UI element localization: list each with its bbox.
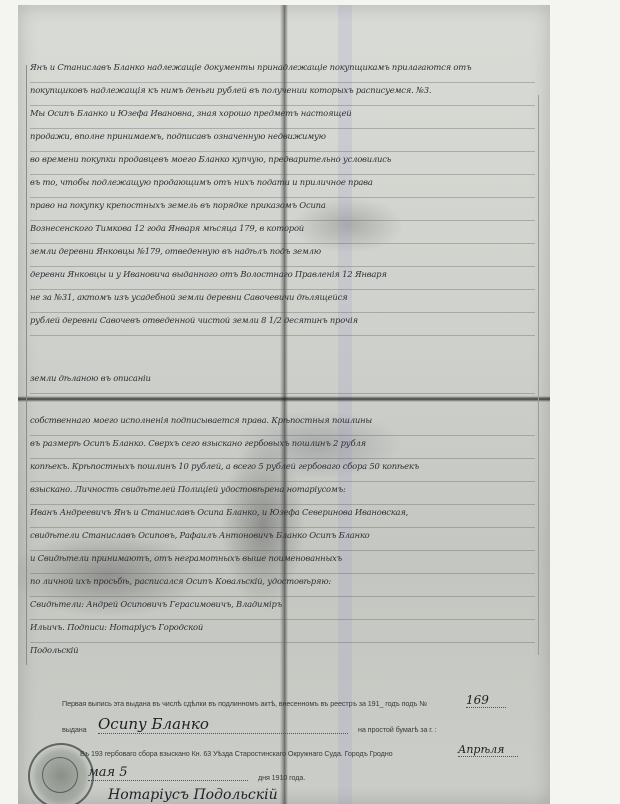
handwritten-line: Ильичъ. Подписи: Нотаріусъ Городской	[30, 622, 535, 643]
certification-line-1: Первая выпись эта выдана въ числѣ сдѣлки…	[62, 699, 427, 708]
document-page: Янъ и Станиславъ Бланко надлежащіе докум…	[18, 5, 550, 804]
handwritten-line: въ то, чтобы подлежащую продающимъ отъ н…	[30, 177, 535, 198]
handwritten-line: право на покупку крепостныхъ земель въ п…	[30, 200, 535, 221]
left-margin-rule	[26, 65, 27, 665]
handwritten-line: Вознесенского Тимкова 12 года Января мѣс…	[30, 223, 535, 244]
certification-line-3: Въ 193 гербоваго сбора взыскано Кн. 63 У…	[80, 749, 393, 758]
handwritten-line: продажи, вполне принимаемъ, подписавъ оз…	[30, 131, 535, 152]
handwritten-line: земли дѣланою въ описаніи	[30, 373, 535, 394]
right-margin-rule	[538, 95, 539, 655]
notary-seal-stamp	[28, 743, 94, 804]
handwritten-line: взыскано. Личность свидѣтелей Полиціей у…	[30, 484, 535, 505]
handwritten-line: земли деревни Янковцы №179, отведенную в…	[30, 246, 535, 267]
handwritten-line: въ размерѣ Осипъ Бланко. Сверхъ сего взы…	[30, 438, 535, 459]
certification-line-2-label: выдана	[62, 725, 87, 734]
handwritten-line: не за №31, актомъ изъ усадебной земли де…	[30, 292, 535, 313]
handwritten-line: покупщиковъ надлежащія къ нимъ деньги ру…	[30, 85, 535, 106]
handwritten-line: Подольскій	[30, 645, 110, 665]
handwritten-line: копѣекъ. Крѣпостныхъ пошлинъ 10 рублей, …	[30, 461, 535, 482]
certification-line-2-suffix: на простой бумагѣ за г. :	[358, 725, 437, 734]
handwritten-line: по личной ихъ просьбѣ, расписался Осипъ …	[30, 576, 535, 597]
seal-emblem-icon	[42, 757, 78, 793]
handwritten-line: и Свидѣтели принимаютъ, отъ неграмотныхъ…	[30, 553, 535, 574]
notary-signature: Нотаріусъ Подольскій	[108, 787, 278, 803]
handwritten-line: во времени покупки продавцевъ моего Блан…	[30, 154, 535, 175]
handwritten-line: Янъ и Станиславъ Бланко надлежащіе докум…	[30, 62, 535, 83]
issue-month: Апрѣля	[458, 743, 518, 757]
handwritten-line: рублей деревни Савочевъ отведенной чисто…	[30, 315, 535, 336]
handwritten-line: свидѣтели Станиславъ Осиповъ, Рафаилъ Ан…	[30, 530, 535, 551]
handwritten-line: Мы Осипъ Бланко и Юзефа Ивановна, зная х…	[30, 108, 535, 129]
registry-number: 169	[466, 693, 506, 708]
handwritten-line: собственнаго моего исполненія подписывае…	[30, 415, 535, 436]
horizontal-fold	[18, 396, 550, 402]
handwritten-line: Иванъ Андреевичъ Янъ и Станиславъ Осипа …	[30, 507, 535, 528]
issue-day: мая 5	[88, 765, 248, 781]
handwritten-line: Свидѣтели: Андрей Осиповичъ Гераcимовичъ…	[30, 599, 535, 620]
recipient-name: Осипу Бланко	[98, 715, 348, 734]
certification-line-4: дня 1910 года.	[258, 773, 305, 782]
handwritten-line: деревни Янковцы и у Ивановича выданного …	[30, 269, 535, 290]
